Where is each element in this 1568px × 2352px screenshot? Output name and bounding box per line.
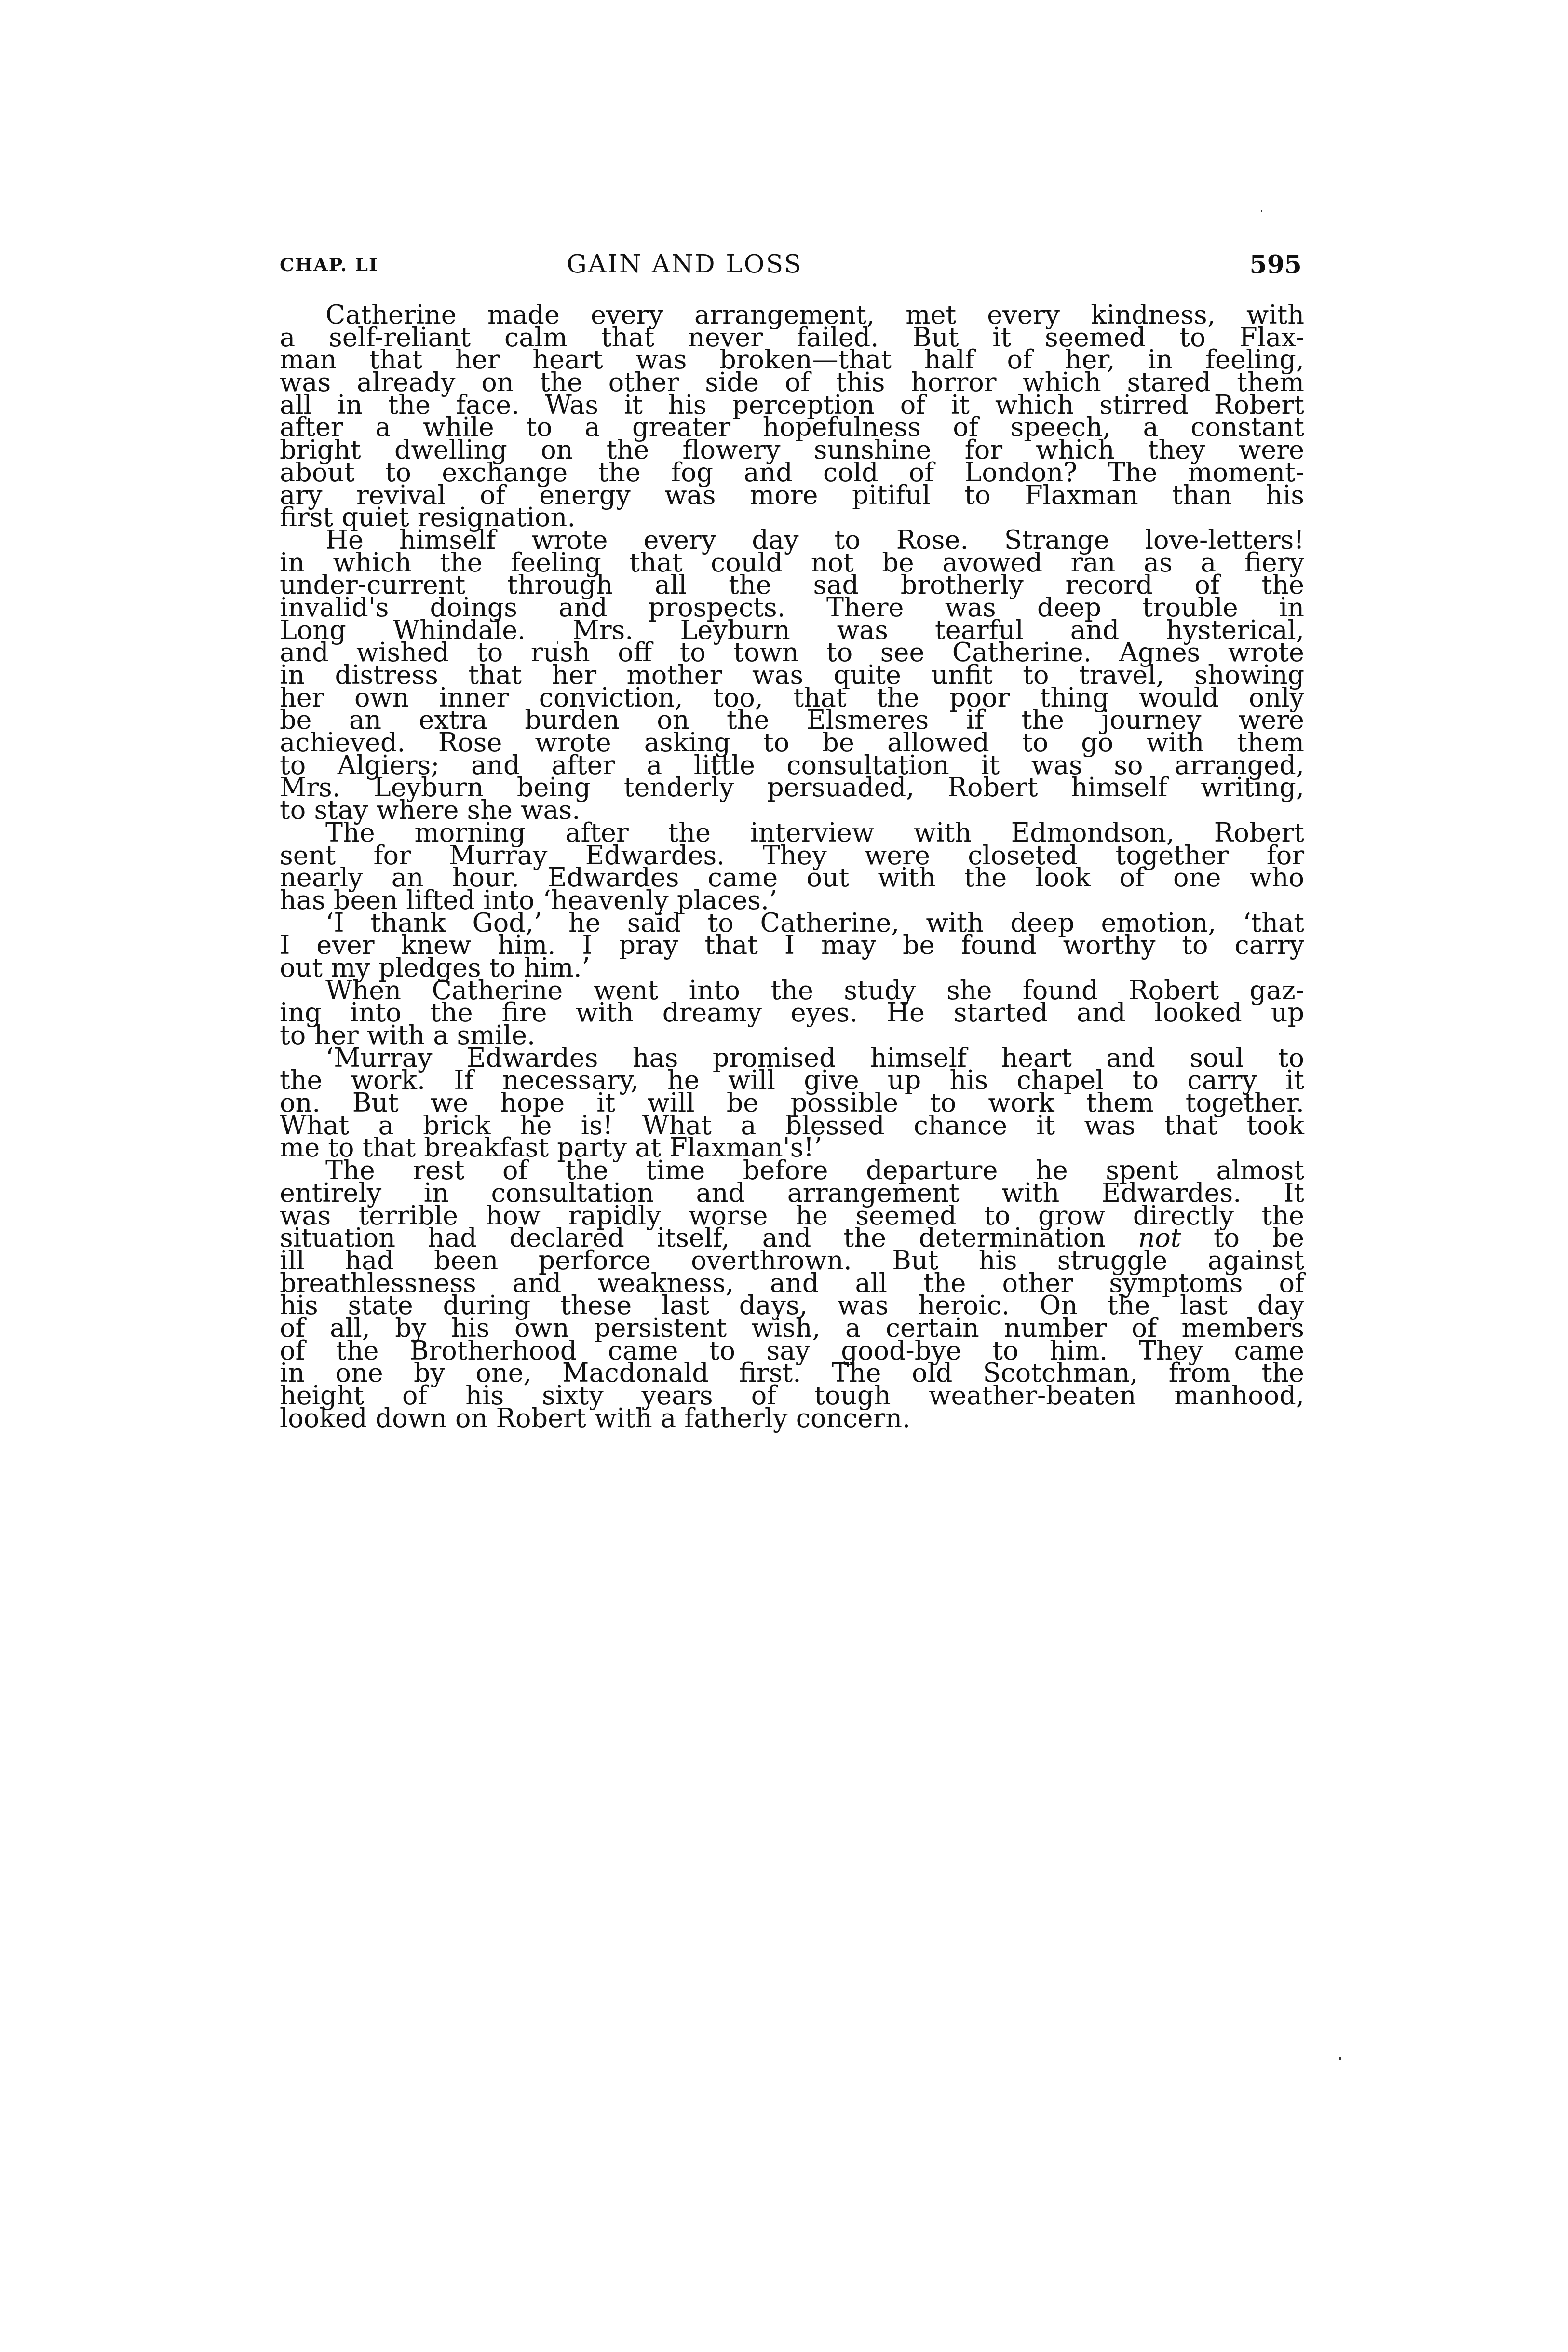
book-page: CHAP. LI GAIN AND LOSS 595 Catherine mad… <box>0 0 1568 2352</box>
scan-speck <box>1339 2057 1341 2060</box>
running-head: CHAP. LI GAIN AND LOSS 595 <box>280 247 1302 276</box>
body-text: Catherine made every arrangement, met ev… <box>280 304 1304 1429</box>
scan-speck <box>1261 210 1262 212</box>
page-number: 595 <box>1249 250 1302 279</box>
scan-speck <box>557 641 558 644</box>
chapter-title: GAIN AND LOSS <box>280 250 1090 279</box>
